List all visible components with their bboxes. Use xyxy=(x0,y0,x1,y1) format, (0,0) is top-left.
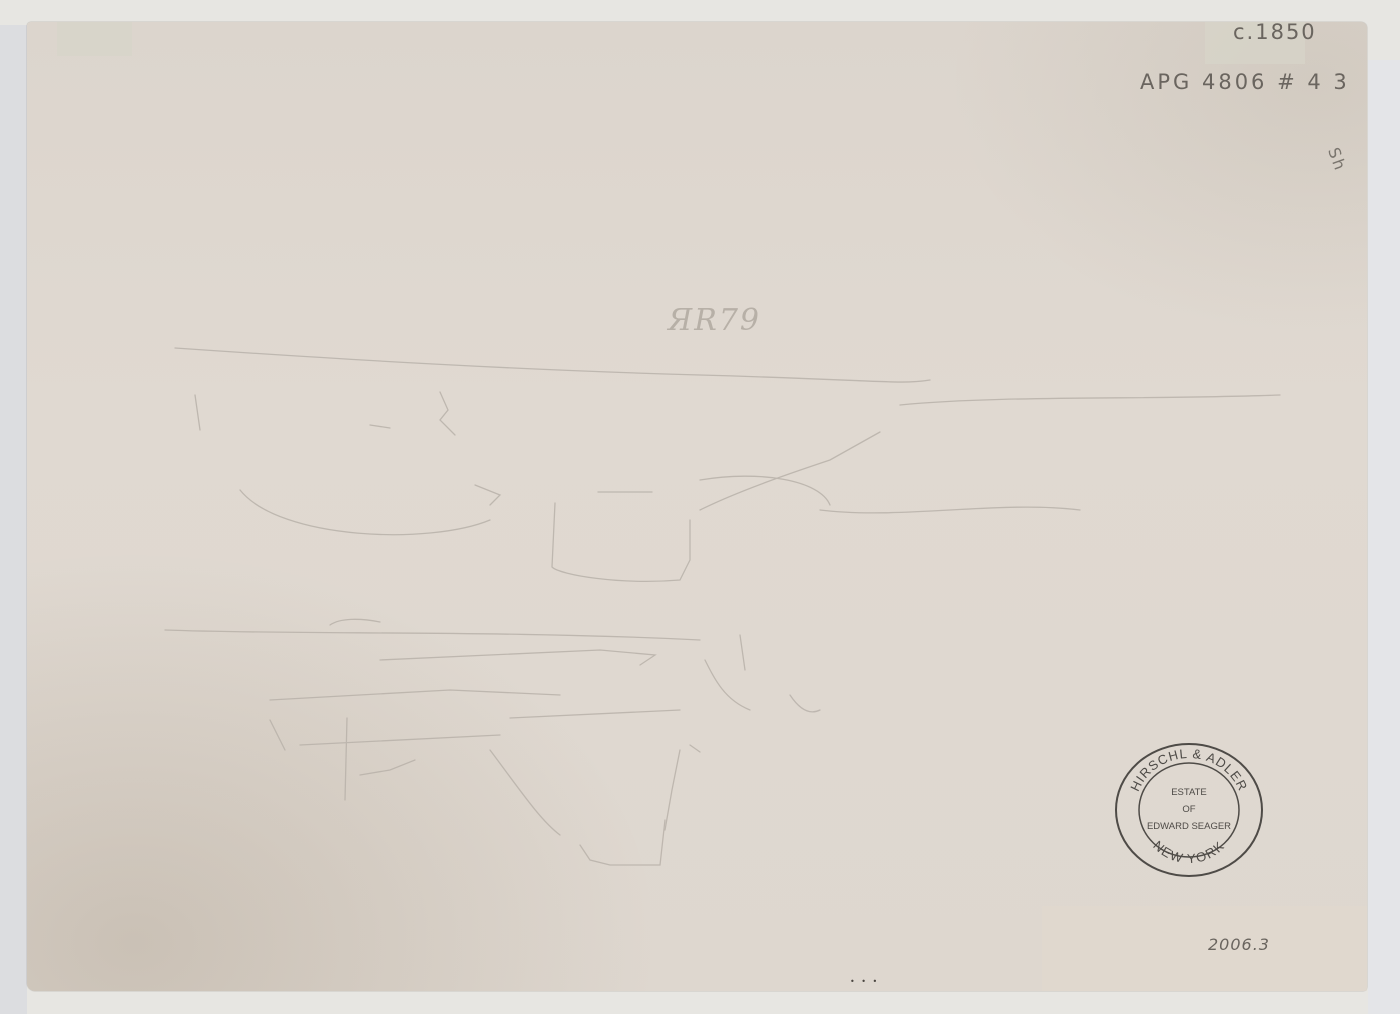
stamp-inner-line-2: OF xyxy=(1113,804,1265,815)
show-through-inscription: ЯR79 xyxy=(668,303,761,338)
ink-specks: • • • xyxy=(850,977,879,986)
stamp-inner-line-3: EDWARD SEAGER xyxy=(1113,821,1265,832)
catalog-number-inscription: 2006.3 xyxy=(1208,935,1270,954)
svg-text:NEW YORK: NEW YORK xyxy=(1150,838,1227,867)
stamp-outer-bottom-text: NEW YORK xyxy=(1150,838,1227,867)
stamp-inner-line-1: ESTATE xyxy=(1113,787,1265,798)
scan-backdrop-left xyxy=(0,25,27,1014)
date-inscription: c.1850 xyxy=(1233,20,1317,44)
hinge-tape-bottom-right xyxy=(1042,906,1367,991)
estate-stamp: HIRSCHL & ADLER NEW YORK ESTATE OF EDWAR… xyxy=(1113,741,1265,879)
accession-inscription: APG 4806 # 4 3 xyxy=(1140,70,1350,94)
hinge-tape-top-left xyxy=(57,22,132,56)
scan-backdrop-right xyxy=(1368,60,1400,1014)
